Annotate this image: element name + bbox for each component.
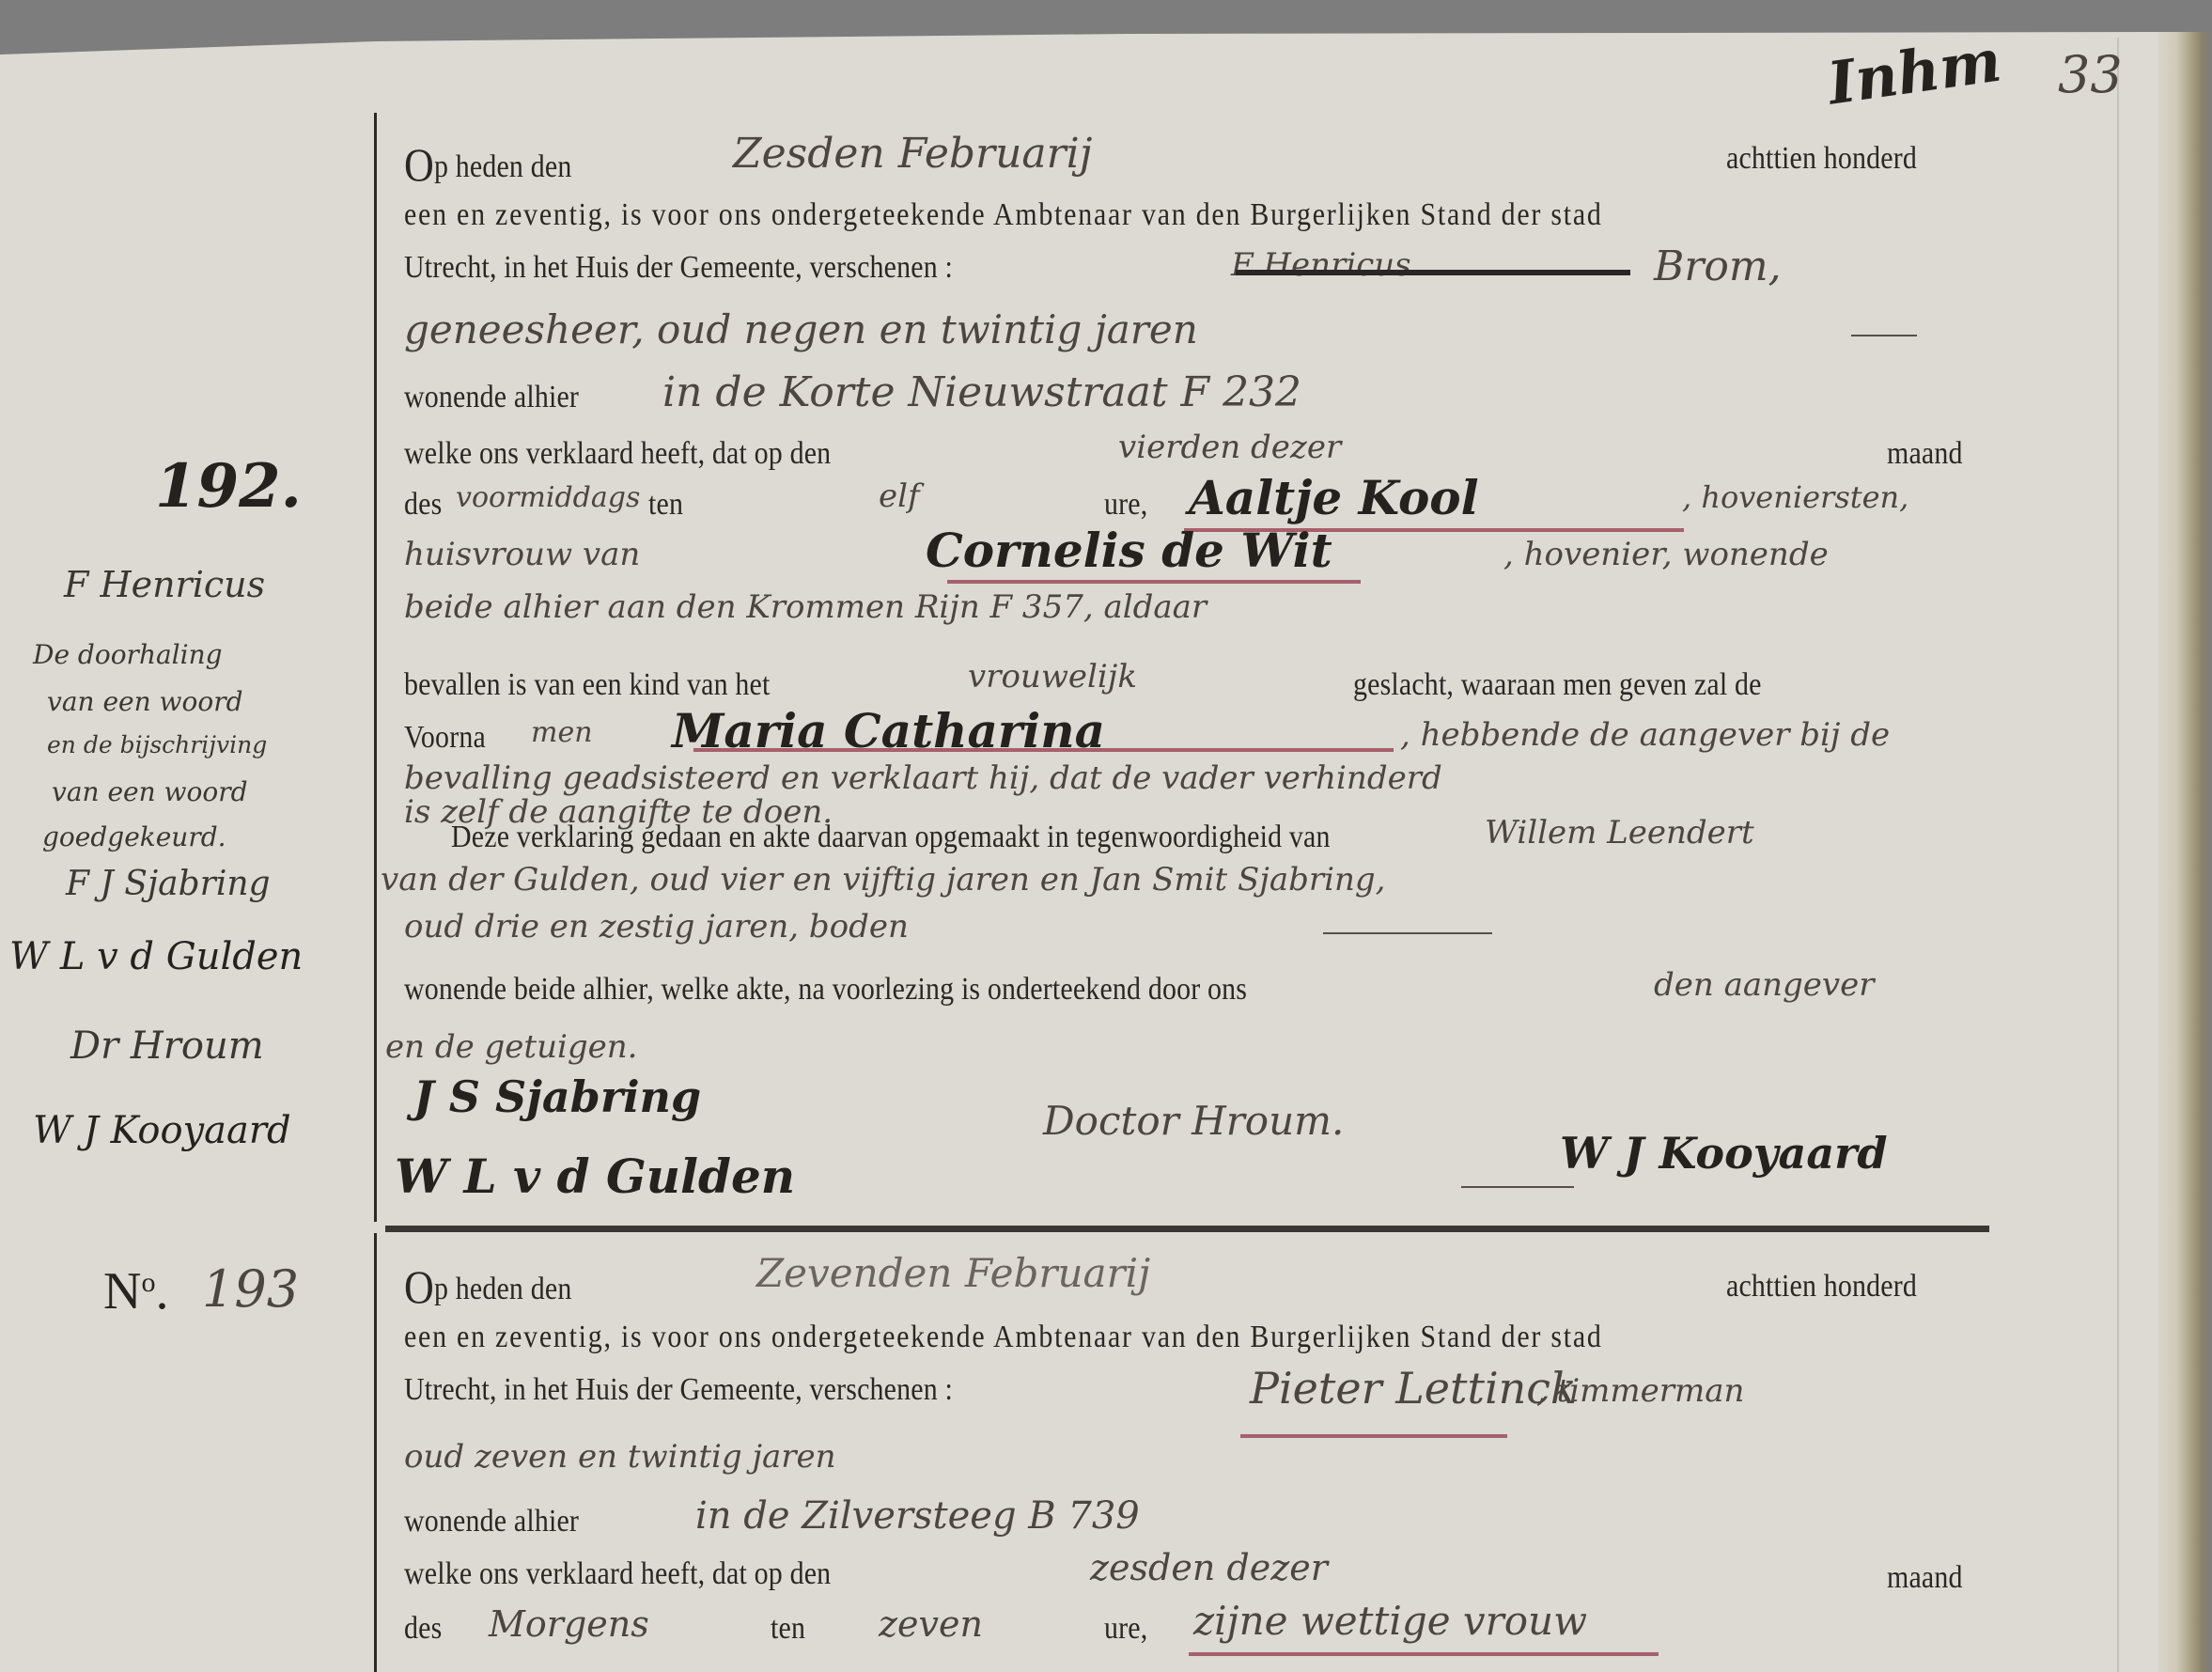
hand-day: vierden dezer [1118, 429, 1341, 466]
hand-text: van der Gulden, oud vier en vijftig jare… [381, 861, 1385, 899]
printed-text: welke ons verklaard heeft, dat op den [404, 1556, 831, 1592]
margin-note-line: en de bijschrijving [47, 731, 267, 758]
margin-signature: Dr Hroum [70, 1024, 264, 1068]
margin-correction-name: F Henricus [64, 564, 265, 605]
hand-mother-name: Aaltje Kool [1189, 470, 1479, 525]
printed-text: ure, [1104, 487, 1147, 523]
hand-date: Zesden Februarij [733, 130, 1092, 178]
record-no-label: No. [103, 1261, 168, 1321]
column-rule-lower [374, 1233, 377, 1672]
printed-text: achttien honderd [1726, 141, 1917, 177]
printed-text: Deze verklaring gedaan en akte daarvan o… [451, 820, 1331, 855]
printed-line: Utrecht, in het Huis der Gemeente, versc… [404, 250, 953, 286]
hand-text: bevalling geadsisteerd en verklaart hij,… [404, 759, 1442, 797]
fill-dash [1323, 932, 1492, 934]
printed-text: ure, [1104, 1611, 1147, 1647]
hand-text: zijne wettige vrouw [1193, 1598, 1587, 1644]
hand-declarant-name: Pieter Lettinck [1250, 1363, 1577, 1414]
no-letter: N [103, 1262, 141, 1320]
signature-witness: J S Sjabring [413, 1071, 701, 1122]
no-dot: . [155, 1262, 168, 1320]
printed-line: Utrecht, in het Huis der Gemeente, versc… [404, 1372, 953, 1408]
hand-declarant-name: Brom, [1654, 242, 1782, 290]
margin-signature: W J Kooyaard [33, 1109, 291, 1152]
column-rule-upper [374, 113, 377, 1222]
printed-text: wonende alhier [404, 380, 579, 415]
margin-note-line: De doorhaling [33, 639, 223, 670]
hand-sex: vrouwelijk [968, 658, 1137, 695]
printed-text: geslacht, waaraan men geven zal de [1353, 667, 1762, 703]
printed-text: welke ons verklaard heeft, dat op den [404, 436, 831, 472]
printed-text: maand [1887, 1560, 1963, 1596]
red-underline [1240, 1434, 1507, 1438]
hand-hour: elf [879, 477, 920, 515]
printed-text: heden den [456, 1272, 572, 1306]
printed-text: ten [648, 487, 683, 523]
hand-father-name: Cornelis de Wit [926, 523, 1332, 578]
printed-text: wonende alhier [404, 1504, 579, 1539]
fill-dash [1851, 335, 1917, 336]
page-edge [2157, 32, 2212, 1672]
record-number: 192. [155, 451, 302, 522]
record-number: 193 [202, 1259, 299, 1319]
hand-text: en de getuigen. [385, 1028, 637, 1066]
signature-declarant: Doctor Hroum. [1043, 1098, 1344, 1144]
hand-address: in de Korte Nieuwstraat F 232 [662, 368, 1301, 416]
printed-line: Op heden den [404, 1263, 571, 1310]
hand-witness-1: Willem Leendert [1485, 814, 1754, 852]
printed-text: p [434, 149, 448, 184]
drop-letter: O [404, 138, 434, 191]
red-underline [1189, 1652, 1659, 1656]
hand-date: Zevenden Februarij [756, 1250, 1150, 1296]
hand-text: , hebbende de aangever bij de [1400, 716, 1890, 754]
printed-text: Voorna [404, 720, 486, 756]
hand-text: men [531, 716, 593, 749]
drop-letter: O [404, 1260, 434, 1313]
red-underline [947, 580, 1361, 584]
strikethrough [1236, 270, 1630, 275]
hand-day: zesden dezer [1090, 1547, 1328, 1588]
margin-signature: W L v d Gulden [9, 935, 303, 978]
hand-line: geneesheer, oud negen en twintig jaren [404, 306, 1198, 352]
signature-witness: W L v d Gulden [395, 1149, 795, 1204]
printed-text: des [404, 1611, 442, 1647]
margin-note-line: goedgekeurd. [42, 821, 226, 852]
record-separator [385, 1226, 1989, 1232]
printed-line: een en zeventig, is voor ons ondergeteek… [404, 197, 1603, 233]
hand-address: in de Zilversteeg B 739 [695, 1494, 1140, 1538]
printed-text: maand [1887, 436, 1963, 472]
printed-line: een en zeventig, is voor ons ondergeteek… [404, 1320, 1603, 1355]
folio-number: 33 [2058, 45, 2123, 104]
margin-rule-right [2117, 38, 2119, 1672]
printed-text: p [434, 1272, 448, 1306]
signature-flourish [1461, 1186, 1574, 1188]
printed-text: ten [771, 1611, 805, 1647]
margin-note-line: van een woord [47, 686, 243, 717]
hand-struck-name: F Henricus [1231, 246, 1411, 284]
printed-text: heden den [456, 149, 572, 184]
margin-initials: F J Sjabring [66, 865, 271, 903]
hand-text: den aangever [1654, 966, 1875, 1004]
hand-text: , hovenier, wonende [1503, 536, 1829, 573]
hand-hour: zeven [879, 1603, 983, 1645]
hand-time-of-day: Morgens [489, 1603, 649, 1645]
signature-official: W J Kooyaard [1560, 1128, 1888, 1179]
printed-text: des [404, 487, 442, 523]
no-sup: o [141, 1267, 155, 1298]
printed-line: Op heden den [404, 141, 571, 188]
hand-occupation: , hoveniersten, [1682, 479, 1908, 515]
hand-occupation: , timmerman [1536, 1372, 1744, 1410]
printed-text: achttien honderd [1726, 1269, 1917, 1305]
hand-text: beide alhier aan den Krommen Rijn F 357,… [404, 588, 1207, 626]
printed-text: bevallen is van een kind van het [404, 667, 770, 703]
printed-text: wonende beide alhier, welke akte, na voo… [404, 972, 1247, 1008]
hand-text: oud zeven en twintig jaren [404, 1438, 836, 1476]
red-underline [693, 748, 1394, 752]
hand-time-of-day: voormiddags [456, 481, 640, 514]
hand-text: huisvrouw van [404, 536, 640, 573]
hand-text: oud drie en zestig jaren, boden [404, 908, 909, 945]
margin-note-line: van een woord [52, 776, 248, 807]
